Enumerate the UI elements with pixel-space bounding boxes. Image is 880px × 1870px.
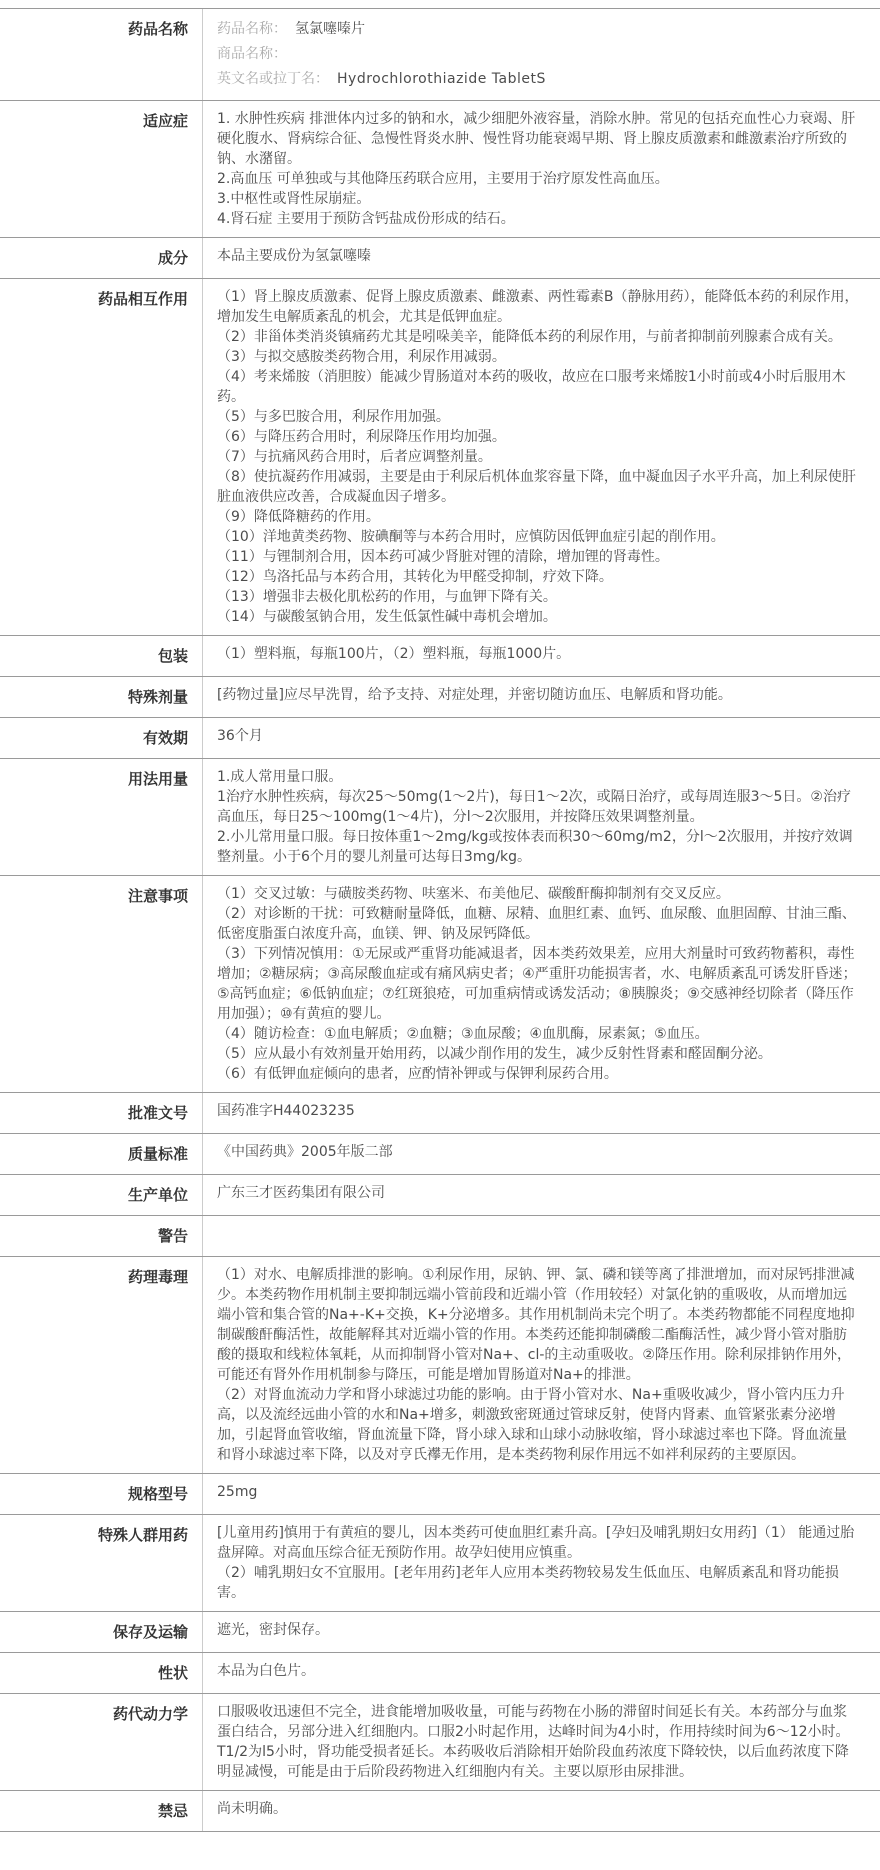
row-label: 规格型号 bbox=[0, 1474, 202, 1514]
table-row: 药代动力学 口服吸收迅速但不完全，进食能增加吸收量，可能与药物在小肠的滞留时间延… bbox=[0, 1694, 880, 1791]
row-label: 禁忌 bbox=[0, 1791, 202, 1831]
paragraph: （1）肾上腺皮质激素、促肾上腺皮质激素、雌激素、两性霉素B（静脉用药），能降低本… bbox=[217, 287, 860, 327]
row-content: 本品主要成份为氢氯噻嗪 bbox=[202, 238, 880, 278]
paragraph: 1治疗水肿性疾病，每次25～50mg(1～2片)，每日1～2次，或隔日治疗，或每… bbox=[217, 787, 860, 827]
paragraph: （5）应从最小有效剂量开始用药，以减少削作用的发生，减少反射性肾素和醛固酮分泌。 bbox=[217, 1044, 860, 1064]
paragraph: （3）下列情况慎用：①无尿或严重肾功能减退者，因本类药效果差，应用大剂量时可致药… bbox=[217, 944, 860, 1024]
table-row: 药理毒理 （1）对水、电解质排泄的影响。①利尿作用，尿钠、钾、氯、磷和镁等离了排… bbox=[0, 1257, 880, 1474]
row-content: （1）对水、电解质排泄的影响。①利尿作用，尿钠、钾、氯、磷和镁等离了排泄增加，而… bbox=[202, 1257, 880, 1473]
row-label: 成分 bbox=[0, 238, 202, 278]
table-row: 生产单位 广东三才医药集团有限公司 bbox=[0, 1175, 880, 1216]
paragraph: （10）洋地黄类药物、胺碘酮等与本药合用时，应慎防因低钾血症引起的削作用。 bbox=[217, 527, 860, 547]
table-row: 药品相互作用 （1）肾上腺皮质激素、促肾上腺皮质激素、雌激素、两性霉素B（静脉用… bbox=[0, 279, 880, 636]
row-content: 1. 水肿性疾病 排泄体内过多的钠和水，减少细肥外液容量，消除水肿。常见的包括充… bbox=[202, 101, 880, 237]
paragraph: 遮光，密封保存。 bbox=[217, 1620, 860, 1640]
row-label: 特殊人群用药 bbox=[0, 1515, 202, 1611]
paragraph: （2）对诊断的干扰：可致糖耐量降低，血糖、尿精、血胆红素、血钙、血尿酸、血胆固醇… bbox=[217, 904, 860, 944]
row-label: 药品名称 bbox=[0, 9, 202, 100]
row-content: 尚未明确。 bbox=[202, 1791, 880, 1831]
table-row: 成分 本品主要成份为氢氯噻嗪 bbox=[0, 238, 880, 279]
paragraph: [儿童用药]慎用于有黄疸的婴儿，因本类药可使血胆红素升高。[孕妇及哺乳期妇女用药… bbox=[217, 1523, 860, 1563]
paragraph: 25mg bbox=[217, 1482, 860, 1502]
row-content: [药物过量]应尽早洗胃，给予支持、对症处理，并密切随访血压、电解质和肾功能。 bbox=[202, 677, 880, 717]
paragraph: 尚未明确。 bbox=[217, 1799, 860, 1819]
paragraph: 《中国药典》2005年版二部 bbox=[217, 1142, 860, 1162]
paragraph: 广东三才医药集团有限公司 bbox=[217, 1183, 860, 1203]
paragraph: （13）增强非去极化肌松药的作用，与血钾下降有关。 bbox=[217, 587, 860, 607]
drug-info-page: 药品名称 药品名称：氢氯噻嗪片商品名称：英文名或拉丁名：Hydrochlorot… bbox=[0, 0, 880, 1832]
table-row: 保存及运输 遮光，密封保存。 bbox=[0, 1612, 880, 1653]
paragraph: 1.成人常用量口服。 bbox=[217, 767, 860, 787]
table-row: 适应症 1. 水肿性疾病 排泄体内过多的钠和水，减少细肥外液容量，消除水肿。常见… bbox=[0, 101, 880, 238]
paragraph: （12）鸟洛托品与本药合用，其转化为甲醛受抑制，疗效下降。 bbox=[217, 567, 860, 587]
paragraph: 本品为白色片。 bbox=[217, 1661, 860, 1681]
row-content: 本品为白色片。 bbox=[202, 1653, 880, 1693]
field-line: 药品名称：氢氯噻嗪片 bbox=[217, 17, 860, 42]
row-content: （1）肾上腺皮质激素、促肾上腺皮质激素、雌激素、两性霉素B（静脉用药），能降低本… bbox=[202, 279, 880, 635]
row-label: 批准文号 bbox=[0, 1093, 202, 1133]
row-content: 36个月 bbox=[202, 718, 880, 758]
paragraph: （9）降低降糖药的作用。 bbox=[217, 507, 860, 527]
row-label: 有效期 bbox=[0, 718, 202, 758]
drug-info-table: 药品名称 药品名称：氢氯噻嗪片商品名称：英文名或拉丁名：Hydrochlorot… bbox=[0, 8, 880, 1832]
field-value: Hydrochlorothiazide TabletS bbox=[337, 71, 546, 87]
paragraph: （5）与多巴胺合用，利尿作用加强。 bbox=[217, 407, 860, 427]
row-label: 药代动力学 bbox=[0, 1694, 202, 1790]
paragraph: 36个月 bbox=[217, 726, 860, 746]
table-row: 特殊剂量 [药物过量]应尽早洗胃，给予支持、对症处理，并密切随访血压、电解质和肾… bbox=[0, 677, 880, 718]
row-content: [儿童用药]慎用于有黄疸的婴儿，因本类药可使血胆红素升高。[孕妇及哺乳期妇女用药… bbox=[202, 1515, 880, 1611]
paragraph: [药物过量]应尽早洗胃，给予支持、对症处理，并密切随访血压、电解质和肾功能。 bbox=[217, 685, 860, 705]
paragraph: 1. 水肿性疾病 排泄体内过多的钠和水，减少细肥外液容量，消除水肿。常见的包括充… bbox=[217, 109, 860, 169]
paragraph: 3.中枢性或肾性尿崩症。 bbox=[217, 189, 860, 209]
paragraph: （1）塑料瓶，每瓶100片，（2）塑料瓶，每瓶1000片。 bbox=[217, 644, 860, 664]
row-label: 包装 bbox=[0, 636, 202, 676]
row-label: 性状 bbox=[0, 1653, 202, 1693]
paragraph: （7）与抗痛风药合用时，后者应调整剂量。 bbox=[217, 447, 860, 467]
row-label: 生产单位 bbox=[0, 1175, 202, 1215]
paragraph: （8）使抗凝药作用减弱，主要是由于利尿后机体血浆容量下降，血中凝血因子水平升高，… bbox=[217, 467, 860, 507]
field-label: 英文名或拉丁名： bbox=[217, 71, 329, 87]
table-row: 规格型号 25mg bbox=[0, 1474, 880, 1515]
paragraph: （2）非甾体类消炎镇痛药尤其是吲哚美辛，能降低本药的利尿作用，与前者抑制前列腺素… bbox=[217, 327, 860, 347]
paragraph: （4）随访检查：①血电解质；②血糖；③血尿酸；④血肌酶，尿素氮；⑤血压。 bbox=[217, 1024, 860, 1044]
row-content: 国药准字H44023235 bbox=[202, 1093, 880, 1133]
row-content: 25mg bbox=[202, 1474, 880, 1514]
paragraph: 4.肾石症 主要用于预防含钙盐成份形成的结石。 bbox=[217, 209, 860, 229]
table-row: 质量标准 《中国药典》2005年版二部 bbox=[0, 1134, 880, 1175]
row-content: 1.成人常用量口服。1治疗水肿性疾病，每次25～50mg(1～2片)，每日1～2… bbox=[202, 759, 880, 875]
table-row: 禁忌 尚未明确。 bbox=[0, 1791, 880, 1832]
table-row: 注意事项 （1）交叉过敏：与磺胺类药物、呋塞米、布美他尼、碳酸酐酶抑制剂有交叉反… bbox=[0, 876, 880, 1093]
table-row: 警告 bbox=[0, 1216, 880, 1257]
row-content: 《中国药典》2005年版二部 bbox=[202, 1134, 880, 1174]
paragraph: （2）哺乳期妇女不宜服用。[老年用药]老年人应用本类药物较易发生低血压、电解质紊… bbox=[217, 1563, 860, 1603]
table-row: 批准文号 国药准字H44023235 bbox=[0, 1093, 880, 1134]
paragraph: （6）有低钾血症倾向的患者，应酌情补钾或与保钾利尿药合用。 bbox=[217, 1064, 860, 1084]
row-content: 遮光，密封保存。 bbox=[202, 1612, 880, 1652]
row-label: 药品相互作用 bbox=[0, 279, 202, 635]
row-label: 适应症 bbox=[0, 101, 202, 237]
row-content: （1）塑料瓶，每瓶100片，（2）塑料瓶，每瓶1000片。 bbox=[202, 636, 880, 676]
field-line: 英文名或拉丁名：Hydrochlorothiazide TabletS bbox=[217, 67, 860, 92]
table-row: 有效期 36个月 bbox=[0, 718, 880, 759]
field-value: 氢氯噻嗪片 bbox=[295, 21, 365, 37]
field-label: 药品名称： bbox=[217, 21, 287, 37]
row-label: 警告 bbox=[0, 1216, 202, 1256]
row-content: 口服吸收迅速但不完全，进食能增加吸收量，可能与药物在小肠的滞留时间延长有关。本药… bbox=[202, 1694, 880, 1790]
row-label: 特殊剂量 bbox=[0, 677, 202, 717]
paragraph: （1）对水、电解质排泄的影响。①利尿作用，尿钠、钾、氯、磷和镁等离了排泄增加，而… bbox=[217, 1265, 860, 1385]
row-label: 质量标准 bbox=[0, 1134, 202, 1174]
field-label: 商品名称： bbox=[217, 46, 287, 62]
paragraph: （14）与碳酸氢钠合用，发生低氯性碱中毒机会增加。 bbox=[217, 607, 860, 627]
row-content: 药品名称：氢氯噻嗪片商品名称：英文名或拉丁名：Hydrochlorothiazi… bbox=[202, 9, 880, 100]
paragraph: （2）对肾血流动力学和肾小球滤过功能的影响。由于肾小管对水、Na+重吸收减少，肾… bbox=[217, 1385, 860, 1465]
paragraph: 2.小儿常用量口服。每日按体重1～2mg/kg或按体表而积30～60mg/m2，… bbox=[217, 827, 860, 867]
table-row: 特殊人群用药 [儿童用药]慎用于有黄疸的婴儿，因本类药可使血胆红素升高。[孕妇及… bbox=[0, 1515, 880, 1612]
paragraph: （3）与拟交感胺类药物合用，利尿作用减弱。 bbox=[217, 347, 860, 367]
field-line: 商品名称： bbox=[217, 42, 860, 67]
row-content bbox=[202, 1216, 880, 1256]
row-label: 用法用量 bbox=[0, 759, 202, 875]
row-label: 药理毒理 bbox=[0, 1257, 202, 1473]
paragraph: （1）交叉过敏：与磺胺类药物、呋塞米、布美他尼、碳酸酐酶抑制剂有交叉反应。 bbox=[217, 884, 860, 904]
row-label: 保存及运输 bbox=[0, 1612, 202, 1652]
table-row: 药品名称 药品名称：氢氯噻嗪片商品名称：英文名或拉丁名：Hydrochlorot… bbox=[0, 9, 880, 101]
row-content: 广东三才医药集团有限公司 bbox=[202, 1175, 880, 1215]
table-row: 用法用量 1.成人常用量口服。1治疗水肿性疾病，每次25～50mg(1～2片)，… bbox=[0, 759, 880, 876]
table-row: 性状 本品为白色片。 bbox=[0, 1653, 880, 1694]
table-row: 包装 （1）塑料瓶，每瓶100片，（2）塑料瓶，每瓶1000片。 bbox=[0, 636, 880, 677]
paragraph: 2.高血压 可单独或与其他降压药联合应用，主要用于治疗原发性高血压。 bbox=[217, 169, 860, 189]
paragraph: 本品主要成份为氢氯噻嗪 bbox=[217, 246, 860, 266]
paragraph: （6）与降压药合用时，利尿降压作用均加强。 bbox=[217, 427, 860, 447]
paragraph: 口服吸收迅速但不完全，进食能增加吸收量，可能与药物在小肠的滞留时间延长有关。本药… bbox=[217, 1702, 860, 1782]
row-label: 注意事项 bbox=[0, 876, 202, 1092]
paragraph: （11）与锂制剂合用，因本药可减少肾脏对锂的清除，增加锂的肾毒性。 bbox=[217, 547, 860, 567]
paragraph: （4）考来烯胺（消胆胺）能减少胃肠道对本药的吸收，故应在口服考来烯胺1小时前或4… bbox=[217, 367, 860, 407]
row-content: （1）交叉过敏：与磺胺类药物、呋塞米、布美他尼、碳酸酐酶抑制剂有交叉反应。（2）… bbox=[202, 876, 880, 1092]
paragraph: 国药准字H44023235 bbox=[217, 1101, 860, 1121]
